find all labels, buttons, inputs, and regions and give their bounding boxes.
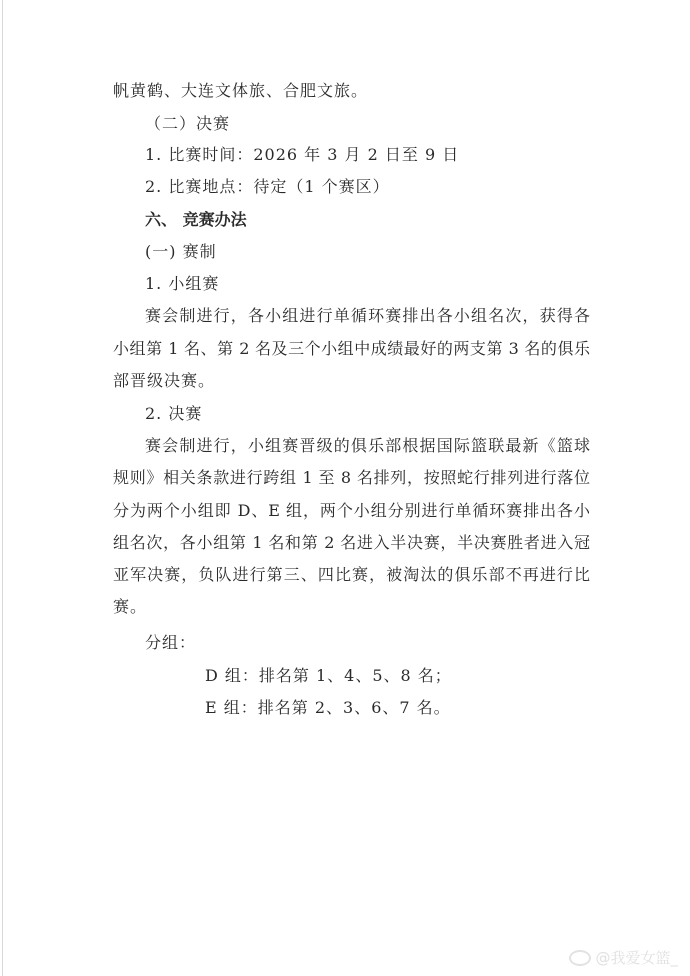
finals-text-line: 赛会制进行，小组赛晋级的俱乐部根据国际篮联最新《篮球 [145,436,590,456]
group-e-ranking: E 组：排名第 2、3、6、7 名。 [205,698,451,718]
finals-time: 1. 比赛时间：2026 年 3 月 2 日至 9 日 [145,145,459,165]
paragraph-continuation: 帆黄鹤、大连文体旅、合肥文旅。 [113,81,368,101]
weibo-watermark: @我爱女篮_ [569,947,678,968]
subsection-heading-format: (一) 赛制 [145,242,217,262]
group-stage-text-line: 赛会制进行，各小组进行单循环赛排出各小组名次，获得各 [145,306,590,326]
finals-text-line: 分为两个小组即 D、E 组，两个小组分别进行单循环赛排出各小 [113,501,590,521]
group-d-ranking: D 组：排名第 1、4、5、8 名； [205,666,452,686]
group-stage-text-line: 部晋级决赛。 [113,371,215,391]
finals-text-line: 亚军决赛，负队进行第三、四比赛，被淘汰的俱乐部不再进行比 [113,565,590,585]
grouping-label: 分组： [145,633,196,653]
group-stage-text-line: 小组第 1 名、第 2 名及三个小组中成绩最好的两支第 3 名的俱乐 [113,339,590,359]
item-heading-group-stage: 1. 小组赛 [145,274,219,294]
item-heading-finals: 2. 决赛 [145,404,202,424]
finals-text-line: 规则》相关条款进行跨组 1 至 8 名排列，按照蛇行排列进行落位 [113,468,590,488]
subsection-heading-finals: （二）决赛 [145,114,230,134]
finals-venue: 2. 比赛地点：待定（1 个赛区） [145,177,390,197]
finals-text-line: 组名次，各小组第 1 名和第 2 名进入半决赛，半决赛胜者进入冠 [113,533,590,553]
page-edge [2,0,3,976]
watermark-text: @我爱女篮_ [595,947,678,968]
section-heading-competition-method: 六、 竞赛办法 [145,210,247,230]
finals-text-line: 赛。 [113,597,147,617]
weibo-icon [569,950,591,966]
